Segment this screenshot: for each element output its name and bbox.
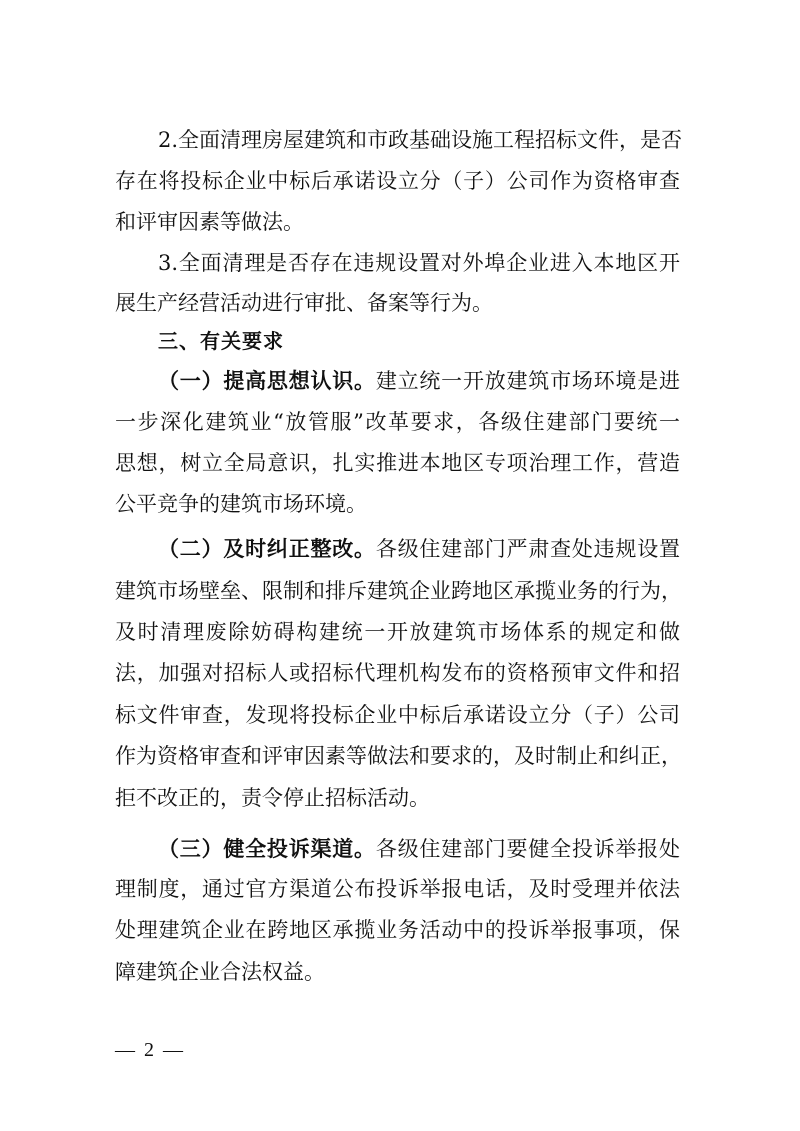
subsection-3-title: （三）健全投诉渠道。 <box>158 836 376 861</box>
subsection-1-line-1: （一）提高思想认识。建立统一开放建筑市场环境是进 <box>158 366 680 396</box>
subsection-3-line-4: 障建筑企业合法权益。 <box>115 957 680 987</box>
subsection-1-first-line-text: 建立统一开放建筑市场环境是进 <box>376 369 680 393</box>
section-heading: 三、有关要求 <box>158 326 284 356</box>
page-number: — 2 — <box>115 1037 185 1063</box>
paragraph-item-3-line-2: 展生产经营活动进行审批、备案等行为。 <box>115 288 680 318</box>
subsection-1-line-4: 公平竞争的建筑市场环境。 <box>115 489 680 519</box>
document-page: 2.全面清理房屋建筑和市政基础设施工程招标文件，是否 存在将投标企业中标后承诺设… <box>0 0 800 1131</box>
subsection-2-line-7: 拒不改正的，责令停止招标活动。 <box>115 783 680 813</box>
subsection-2-line-4: 法，加强对招标人或招标代理机构发布的资格预审文件和招 <box>115 658 680 688</box>
subsection-1-line-3: 思想，树立全局意识，扎实推进本地区专项治理工作，营造 <box>115 448 680 478</box>
subsection-1-title: （一）提高思想认识。 <box>158 368 376 393</box>
subsection-3-line-1: （三）健全投诉渠道。各级住建部门要健全投诉举报处 <box>158 834 680 864</box>
subsection-2-first-line-text: 各级住建部门严肃查处违规设置 <box>376 537 680 561</box>
paragraph-item-2-line-1: 2.全面清理房屋建筑和市政基础设施工程招标文件，是否 <box>158 125 680 155</box>
paragraph-item-2-line-2: 存在将投标企业中标后承诺设立分（子）公司作为资格审查 <box>115 166 680 196</box>
subsection-3-first-line-text: 各级住建部门要健全投诉举报处 <box>376 837 680 861</box>
subsection-1-line-2: 一步深化建筑业“放管服”改革要求，各级住建部门要统一 <box>115 407 680 437</box>
subsection-2-line-3: 及时清理废除妨碍构建统一开放建筑市场体系的规定和做 <box>115 617 680 647</box>
subsection-3-line-3: 处理建筑企业在跨地区承揽业务活动中的投诉举报事项，保 <box>115 915 680 945</box>
paragraph-item-2-line-3: 和评审因素等做法。 <box>115 207 680 237</box>
subsection-2-line-5: 标文件审查，发现将投标企业中标后承诺设立分（子）公司 <box>115 700 680 730</box>
subsection-3-line-2: 理制度，通过官方渠道公布投诉举报电话，及时受理并依法 <box>115 874 680 904</box>
subsection-2-line-1: （二）及时纠正整改。各级住建部门严肃查处违规设置 <box>158 534 680 564</box>
subsection-2-line-6: 作为资格审查和评审因素等做法和要求的，及时制止和纠正， <box>115 741 680 771</box>
paragraph-item-3-line-1: 3.全面清理是否存在违规设置对外埠企业进入本地区开 <box>158 248 680 278</box>
subsection-2-line-2: 建筑市场壁垒、限制和排斥建筑企业跨地区承揽业务的行为， <box>115 576 680 606</box>
subsection-2-title: （二）及时纠正整改。 <box>158 536 376 561</box>
